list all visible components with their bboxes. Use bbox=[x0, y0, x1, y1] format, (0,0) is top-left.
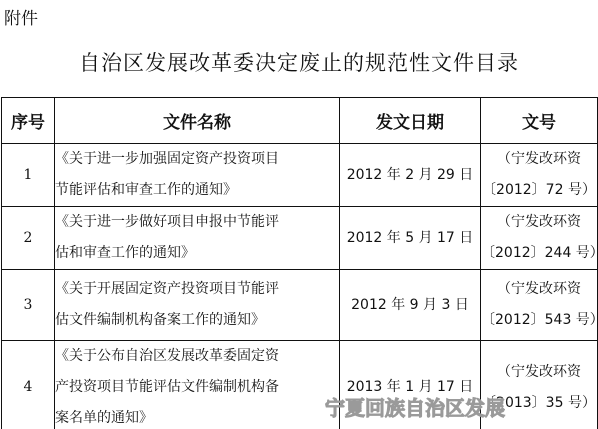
document-name-line: 《关于公布自治区发展改革委固定资 bbox=[55, 341, 339, 372]
document-number-line: （宁发改环资 bbox=[481, 144, 597, 175]
document-name-line: 《关于进一步加强固定资产投资项目 bbox=[55, 144, 339, 175]
row-index: 2 bbox=[2, 207, 55, 270]
document-title: 自治区发展改革委决定废止的规范性文件目录 bbox=[0, 47, 598, 77]
attachment-label: 附件 bbox=[4, 4, 38, 29]
table-header-row: 序号 文件名称 发文日期 文号 bbox=[2, 98, 598, 144]
document-number-line: （宁发改环资 bbox=[481, 357, 597, 388]
table-row: 4 《关于公布自治区发展改革委固定资 产投资项目节能评估文件编制机构备 案名单的… bbox=[2, 341, 598, 429]
document-name: 《关于公布自治区发展改革委固定资 产投资项目节能评估文件编制机构备 案名单的通知… bbox=[55, 341, 340, 429]
document-name-line: 案名单的通知》 bbox=[55, 403, 339, 429]
row-index: 1 bbox=[2, 144, 55, 207]
document-number-line: （宁发改环资 bbox=[481, 274, 597, 305]
issue-date: 2012 年 9 月 3 日 bbox=[340, 270, 481, 341]
issue-date: 2012 年 5 月 17 日 bbox=[340, 207, 481, 270]
document-number-line: （宁发改环资 bbox=[481, 207, 597, 238]
document-name-line: 产投资项目节能评估文件编制机构备 bbox=[55, 372, 339, 403]
document-name: 《关于进一步加强固定资产投资项目 节能评估和审查工作的通知》 bbox=[55, 144, 340, 207]
document-number-line: 〔2012〕72 号） bbox=[481, 175, 597, 206]
document-number: （宁发改环资 〔2012〕543 号） bbox=[481, 270, 598, 341]
document-name: 《关于进一步做好项目申报中节能评 估和审查工作的通知》 bbox=[55, 207, 340, 270]
document-name: 《关于开展固定资产投资项目节能评 估文件编制机构备案工作的通知》 bbox=[55, 270, 340, 341]
column-header-doc-no: 文号 bbox=[481, 98, 598, 144]
document-number-line: 〔2012〕543 号） bbox=[481, 305, 597, 336]
watermark: 宁夏回族自治区发展 bbox=[325, 392, 505, 421]
table-row: 2 《关于进一步做好项目申报中节能评 估和审查工作的通知》 2012 年 5 月… bbox=[2, 207, 598, 270]
row-index: 3 bbox=[2, 270, 55, 341]
document-name-line: 估和审查工作的通知》 bbox=[55, 238, 339, 269]
column-header-index: 序号 bbox=[2, 98, 55, 144]
document-number-line: 〔2012〕244 号） bbox=[481, 238, 597, 269]
document-name-line: 估文件编制机构备案工作的通知》 bbox=[55, 305, 339, 336]
column-header-date: 发文日期 bbox=[340, 98, 481, 144]
document-name-line: 节能评估和审查工作的通知》 bbox=[55, 175, 339, 206]
table-row: 3 《关于开展固定资产投资项目节能评 估文件编制机构备案工作的通知》 2012 … bbox=[2, 270, 598, 341]
document-name-line: 《关于进一步做好项目申报中节能评 bbox=[55, 207, 339, 238]
row-index: 4 bbox=[2, 341, 55, 429]
issue-date: 2012 年 2 月 29 日 bbox=[340, 144, 481, 207]
document-number: （宁发改环资 〔2012〕72 号） bbox=[481, 144, 598, 207]
document-number: （宁发改环资 〔2012〕244 号） bbox=[481, 207, 598, 270]
table-row: 1 《关于进一步加强固定资产投资项目 节能评估和审查工作的通知》 2012 年 … bbox=[2, 144, 598, 207]
repealed-documents-table: 序号 文件名称 发文日期 文号 1 《关于进一步加强固定资产投资项目 节能评估和… bbox=[1, 97, 598, 429]
column-header-name: 文件名称 bbox=[55, 98, 340, 144]
document-name-line: 《关于开展固定资产投资项目节能评 bbox=[55, 274, 339, 305]
